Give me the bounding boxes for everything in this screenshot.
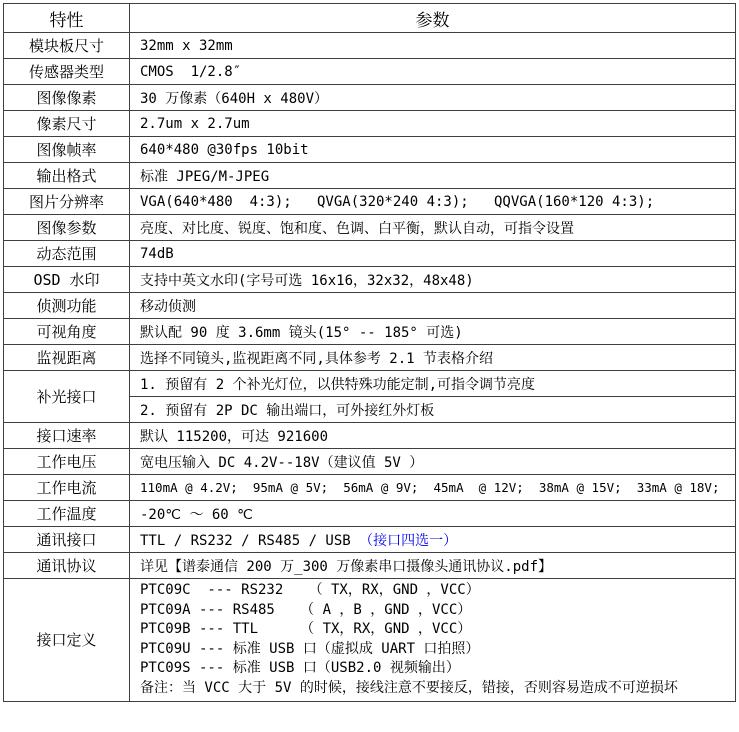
spec-row-image-params: 图像参数 亮度、对比度、锐度、饱和度、色调、白平衡，默认自动，可指令设置	[4, 215, 736, 241]
interface-choice-link[interactable]: （接口四选一）	[359, 533, 457, 549]
spec-table: 特性 参数 模块板尺寸 32mm x 32mm 传感器类型 CMOS 1/2.8…	[3, 3, 736, 702]
header-parameter: 参数	[130, 4, 736, 33]
param-value-line1: 1. 预留有 2 个补光灯位，以供特殊功能定制,可指令调节亮度	[130, 371, 736, 397]
param-value: 30 万像素（640H x 480V）	[130, 85, 736, 111]
feature-label: 像素尺寸	[4, 111, 130, 137]
spec-row-comm-protocol: 通讯协议 详见【谱泰通信 200 万_300 万像素串口摄像头通讯协议.pdf】	[4, 553, 736, 579]
param-value-multiline: PTC09C --- RS232 （ TX，RX，GND ，VCC） PTC09…	[130, 579, 736, 702]
header-row: 特性 参数	[4, 4, 736, 33]
feature-label: 动态范围	[4, 241, 130, 267]
feature-label: 监视距离	[4, 345, 130, 371]
pin-def-line: PTC09A --- RS485 （ A ，B ，GND ，VCC）	[140, 601, 731, 621]
spec-row-view-angle: 可视角度 默认配 90 度 3.6mm 镜头(15° -- 185° 可选)	[4, 319, 736, 345]
spec-row-output-format: 输出格式 标准 JPEG/M-JPEG	[4, 163, 736, 189]
spec-row-osd-watermark: OSD 水印 支持中英文水印(字号可选 16x16，32x32，48x48)	[4, 267, 736, 293]
spec-row-module-size: 模块板尺寸 32mm x 32mm	[4, 33, 736, 59]
param-value: 640*480 @30fps 10bit	[130, 137, 736, 163]
feature-label: 图像像素	[4, 85, 130, 111]
pin-def-line: PTC09B --- TTL （ TX，RX，GND ，VCC）	[140, 620, 731, 640]
spec-row-pixel-size: 像素尺寸 2.7um x 2.7um	[4, 111, 736, 137]
param-value: 亮度、对比度、锐度、饱和度、色调、白平衡，默认自动，可指令设置	[130, 215, 736, 241]
header-feature: 特性	[4, 4, 130, 33]
spec-row-dynamic-range: 动态范围 74dB	[4, 241, 736, 267]
feature-label: 传感器类型	[4, 59, 130, 85]
pin-def-line: PTC09U --- 标准 USB 口（虚拟成 UART 口拍照）	[140, 640, 731, 660]
feature-label: 工作温度	[4, 501, 130, 527]
feature-label: 工作电压	[4, 449, 130, 475]
feature-label: 通讯协议	[4, 553, 130, 579]
param-value: 74dB	[130, 241, 736, 267]
feature-label: 侦测功能	[4, 293, 130, 319]
param-value: 32mm x 32mm	[130, 33, 736, 59]
spec-row-sensor-type: 传感器类型 CMOS 1/2.8″	[4, 59, 736, 85]
param-value: 2.7um x 2.7um	[130, 111, 736, 137]
spec-row-image-pixels: 图像像素 30 万像素（640H x 480V）	[4, 85, 736, 111]
spec-row-interface-rate: 接口速率 默认 115200，可达 921600	[4, 423, 736, 449]
spec-row-temperature: 工作温度 -20℃ ～ 60 ℃	[4, 501, 736, 527]
param-value: 选择不同镜头,监视距离不同,具体参考 2.1 节表格介绍	[130, 345, 736, 371]
spec-row-resolution: 图片分辨率 VGA(640*480 4:3); QVGA(320*240 4:3…	[4, 189, 736, 215]
feature-label: 补光接口	[4, 371, 130, 423]
feature-label: 接口定义	[4, 579, 130, 702]
pin-def-line: PTC09S --- 标准 USB 口（USB2.0 视频输出）	[140, 659, 731, 679]
param-value: 默认 115200，可达 921600	[130, 423, 736, 449]
feature-label: 模块板尺寸	[4, 33, 130, 59]
param-value: VGA(640*480 4:3); QVGA(320*240 4:3); QQV…	[130, 189, 736, 215]
feature-label: 可视角度	[4, 319, 130, 345]
param-value: 详见【谱泰通信 200 万_300 万像素串口摄像头通讯协议.pdf】	[130, 553, 736, 579]
param-value: TTL / RS232 / RS485 / USB （接口四选一）	[130, 527, 736, 553]
spec-row-fill-light-1: 补光接口 1. 预留有 2 个补光灯位，以供特殊功能定制,可指令调节亮度	[4, 371, 736, 397]
feature-label: 输出格式	[4, 163, 130, 189]
feature-label: OSD 水印	[4, 267, 130, 293]
param-value: 移动侦测	[130, 293, 736, 319]
spec-row-monitor-distance: 监视距离 选择不同镜头,监视距离不同,具体参考 2.1 节表格介绍	[4, 345, 736, 371]
pin-def-line: PTC09C --- RS232 （ TX，RX，GND ，VCC）	[140, 581, 731, 601]
feature-label: 通讯接口	[4, 527, 130, 553]
feature-label: 图片分辨率	[4, 189, 130, 215]
spec-row-comm-interface: 通讯接口 TTL / RS232 / RS485 / USB （接口四选一）	[4, 527, 736, 553]
spec-row-pin-definition: 接口定义 PTC09C --- RS232 （ TX，RX，GND ，VCC） …	[4, 579, 736, 702]
feature-label: 图像帧率	[4, 137, 130, 163]
param-value: 标准 JPEG/M-JPEG	[130, 163, 736, 189]
param-value: CMOS 1/2.8″	[130, 59, 736, 85]
param-value: -20℃ ～ 60 ℃	[130, 501, 736, 527]
param-value: 宽电压输入 DC 4.2V--18V（建议值 5V ）	[130, 449, 736, 475]
feature-label: 接口速率	[4, 423, 130, 449]
param-value: 110mA @ 4.2V; 95mA @ 5V; 56mA @ 9V; 45mA…	[130, 475, 736, 501]
pin-def-note: 备注：当 VCC 大于 5V 的时候，接线注意不要接反，错接，否则容易造成不可逆…	[140, 679, 731, 699]
spec-row-detection: 侦测功能 移动侦测	[4, 293, 736, 319]
spec-row-voltage: 工作电压 宽电压输入 DC 4.2V--18V（建议值 5V ）	[4, 449, 736, 475]
comm-interface-text: TTL / RS232 / RS485 / USB	[140, 533, 359, 549]
param-value: 默认配 90 度 3.6mm 镜头(15° -- 185° 可选)	[130, 319, 736, 345]
param-value: 支持中英文水印(字号可选 16x16，32x32，48x48)	[130, 267, 736, 293]
param-value-line2: 2. 预留有 2P DC 输出端口，可外接红外灯板	[130, 397, 736, 423]
spec-row-current: 工作电流 110mA @ 4.2V; 95mA @ 5V; 56mA @ 9V;…	[4, 475, 736, 501]
feature-label: 工作电流	[4, 475, 130, 501]
feature-label: 图像参数	[4, 215, 130, 241]
spec-row-frame-rate: 图像帧率 640*480 @30fps 10bit	[4, 137, 736, 163]
